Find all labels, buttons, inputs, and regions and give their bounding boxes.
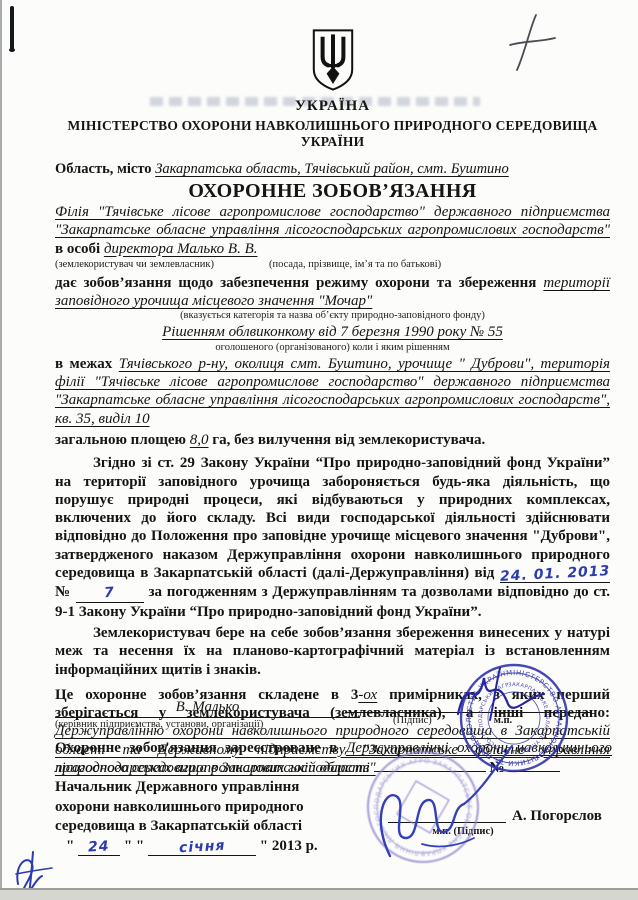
- approver-title-block: Начальник Державного управління охорони …: [55, 778, 385, 837]
- approver-name: А. Погорєлов: [512, 808, 602, 825]
- obligation-paragraph: дає зобов’язання щодо забезпечення режим…: [55, 274, 610, 311]
- approver-signature-ink: [366, 740, 521, 865]
- quote-open-month: ": [136, 838, 144, 854]
- hint-position-name: (посада, прізвище, ім’я та по батькові): [269, 259, 441, 270]
- area-label-after: га, без вилучення від землекористувача.: [212, 432, 485, 448]
- hint-head-of-enterprise: (керівник підприємства, установи, органі…: [55, 719, 263, 730]
- quote-open-day: ": [66, 838, 74, 854]
- obligation-label: дає зобов’язання щодо забезпечення режим…: [55, 275, 536, 291]
- area-paragraph: загальною площею 8,0 га, без вилучення в…: [55, 431, 610, 449]
- sign-label: (Підпис): [393, 715, 432, 726]
- legal-paragraph: Згідно зі ст. 29 Закону України “Про при…: [55, 454, 610, 621]
- region-line: Область, місто Закарпатська область, Тяч…: [55, 161, 610, 178]
- day-blank: 24: [78, 838, 120, 856]
- order-number-blank: 7: [76, 583, 144, 602]
- day-handwritten: 24: [88, 838, 110, 855]
- hint-decision: оголошеного (організованого) коли і яким…: [55, 342, 610, 353]
- month-blank: січня: [148, 838, 256, 856]
- country-label: УКРАЇНА: [55, 98, 610, 115]
- registration-paragraph: Охоронне зобов'язання зареєстроване в Де…: [55, 739, 612, 778]
- area-label-before: загальною площею: [55, 432, 186, 448]
- legal-text-before-date: Згідно зі ст. 29 Закону України “Про при…: [55, 455, 610, 581]
- area-value: 8,0: [190, 432, 209, 448]
- approver-title-line2: охорони навколишнього природного: [55, 798, 385, 818]
- approver-title-line3: середовища в Закарпатській області: [55, 817, 385, 837]
- order-number-handwritten: 7: [104, 585, 116, 603]
- quote-close-day: ": [124, 838, 132, 854]
- boundaries-paragraph: в межах Тячівського р-ну, околиця смт. Б…: [55, 355, 610, 428]
- registration-label: Охоронне зобов'язання зареєстроване в: [55, 740, 337, 756]
- in-person-label: в особі: [55, 241, 100, 257]
- quote-close-month: ": [260, 838, 268, 854]
- obligor-signature-line: В. Малько: [55, 699, 360, 718]
- region-value: Закарпатська область, Тячівський район, …: [155, 161, 509, 177]
- year-label: 2013 р.: [272, 838, 318, 854]
- hint-landuser: (землекористувач чи землевласник): [55, 259, 214, 270]
- order-date-blank: 24. 01. 2013: [500, 564, 610, 583]
- ministry-header: МІНІСТЕРСТВО ОХОРОНИ НАВКОЛИШНЬОГО ПРИРО…: [55, 118, 610, 150]
- scanned-document-page: УКРАЇНА МІНІСТЕРСТВО ОХОРОНИ НАВКОЛИШНЬО…: [0, 0, 638, 900]
- obligor-person: директора Малько В. В.: [104, 241, 258, 257]
- obligor-signature-ink: [448, 662, 558, 724]
- hint-category: (вказується категорія та назва об’єкту п…: [55, 310, 610, 321]
- date-line: " 24 " " січня " 2013 р.: [66, 838, 318, 856]
- obligor-paragraph: Філія "Тячівське лісове агропромислове г…: [55, 203, 610, 258]
- decision-text: Рішенням облвиконкому від 7 березня 1990…: [156, 324, 509, 340]
- region-label: Область, місто: [55, 161, 152, 177]
- coat-of-arms-block: УКРАЇНА: [55, 28, 610, 115]
- obligor-entity: Філія "Тячівське лісове агропромислове г…: [55, 204, 610, 238]
- boundaries-label: в межах: [55, 356, 112, 372]
- field-hints-row: (землекористувач чи землевласник) (посад…: [55, 259, 610, 270]
- document-title: ОХОРОННЕ ЗОБОВ’ЯЗАННЯ: [55, 180, 610, 203]
- approver-title-line1: Начальник Державного управління: [55, 778, 385, 798]
- scan-bottom-edge: [0, 888, 638, 900]
- order-date-handwritten: 24. 01. 2013: [499, 563, 610, 586]
- decision-line: Рішенням облвиконкому від 7 березня 1990…: [55, 323, 610, 341]
- boundaries-value: Тячівського р-ну, околиця смт. Буштино, …: [55, 356, 610, 427]
- obligor-signatory-name: В. Малько: [176, 699, 240, 715]
- month-handwritten: січня: [178, 838, 225, 856]
- ukraine-trident-icon: [309, 28, 357, 92]
- order-number-label: №: [55, 584, 71, 600]
